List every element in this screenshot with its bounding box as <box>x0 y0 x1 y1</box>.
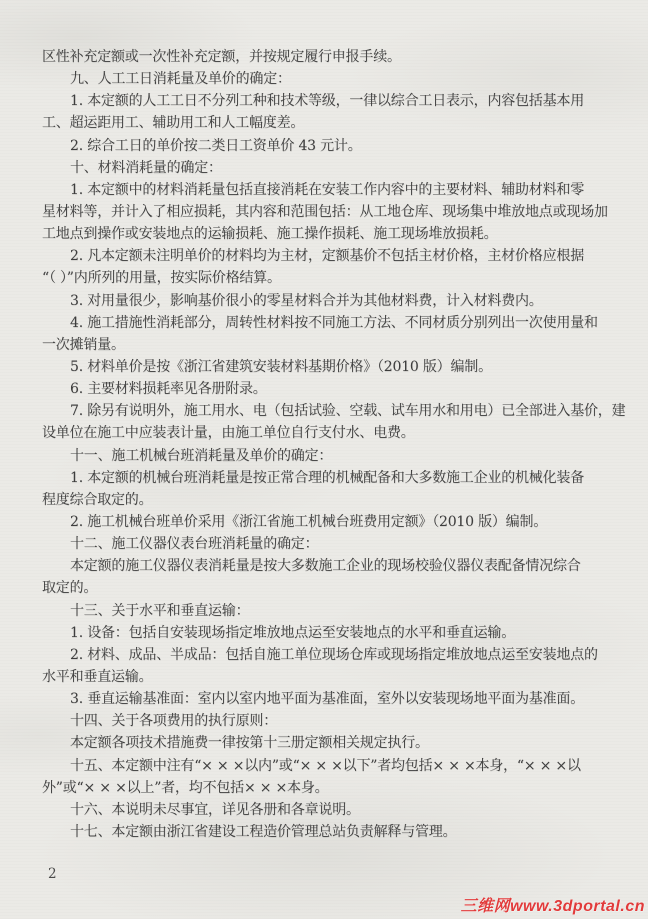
page-number: 2 <box>48 866 57 882</box>
text-line: 2. 综合工日的单价按二类日工资单价 43 元计。 <box>42 135 610 157</box>
text-line: 十三、关于水平和垂直运输： <box>42 600 610 622</box>
text-line: 设单位在施工中应装表计量，由施工单位自行支付水、电费。 <box>42 422 610 444</box>
text-line: 九、人工工日消耗量及单价的确定： <box>42 68 610 90</box>
text-line: “（ ）”内所列的用量，按实际价格结算。 <box>42 267 610 289</box>
text-line: 程度综合取定的。 <box>42 489 610 511</box>
text-line: 2. 施工机械台班单价采用《浙江省施工机械台班费用定额》（2010 版）编制。 <box>42 511 610 533</box>
text-line: 十一、施工机械台班消耗量及单价的确定： <box>42 445 610 467</box>
text-line: 4. 施工措施性消耗部分，周转性材料按不同施工方法、不同材质分别列出一次使用量和 <box>42 312 610 334</box>
text-line: 十、材料消耗量的确定： <box>42 157 610 179</box>
text-line: 水平和垂直运输。 <box>42 666 610 688</box>
text-line: 2. 材料、成品、半成品：包括自施工单位现场仓库或现场指定堆放地点运至安装地点的 <box>42 644 610 666</box>
text-line: 工、超运距用工、辅助用工和人工幅度差。 <box>42 112 610 134</box>
text-line: 7. 除另有说明外，施工用水、电（包括试验、空载、试车用水和用电）已全部进入基价… <box>42 400 610 422</box>
text-line: 十四、关于各项费用的执行原则： <box>42 710 610 732</box>
text-line: 本定额各项技术措施费一律按第十三册定额相关规定执行。 <box>42 732 610 754</box>
text-line: 外”或“× × ×以上”者，均不包括× × ×本身。 <box>42 777 610 799</box>
text-line: 十二、施工仪器仪表台班消耗量的确定： <box>42 533 610 555</box>
text-line: 星材料等，并计入了相应损耗，其内容和范围包括：从工地仓库、现场集中堆放地点或现场… <box>42 201 610 223</box>
text-line: 本定额的施工仪器仪表消耗量是按大多数施工企业的现场校验仪器仪表配备情况综合 <box>42 555 610 577</box>
text-line: 2. 凡本定额未注明单价的材料均为主材，定额基价不包括主材价格，主材价格应根据 <box>42 245 610 267</box>
text-line: 3. 对用量很少，影响基价很小的零星材料合并为其他材料费，计入材料费内。 <box>42 290 610 312</box>
text-line: 5. 材料单价是按《浙江省建筑安装材料基期价格》（2010 版）编制。 <box>42 356 610 378</box>
text-line: 工地点到操作或安装地点的运输损耗、施工操作损耗、施工现场堆放损耗。 <box>42 223 610 245</box>
text-line: 区性补充定额或一次性补充定额，并按规定履行申报手续。 <box>42 46 610 68</box>
text-line: 十七、本定额由浙江省建设工程造价管理总站负责解释与管理。 <box>42 821 610 843</box>
watermark: 三维网www.3dportal.cn <box>461 893 645 916</box>
text-line: 1. 本定额的机械台班消耗量是按正常合理的机械配备和大多数施工企业的机械化装备 <box>42 467 610 489</box>
text-line: 3. 垂直运输基准面：室内以室内地平面为基准面，室外以安装现场地平面为基准面。 <box>42 688 610 710</box>
body-text: 区性补充定额或一次性补充定额，并按规定履行申报手续。九、人工工日消耗量及单价的确… <box>42 46 610 843</box>
text-line: 取定的。 <box>42 577 610 599</box>
text-line: 十六、本说明未尽事宜，详见各册和各章说明。 <box>42 799 610 821</box>
text-line: 十五、本定额中注有“× × ×以内”或“× × ×以下”者均包括× × ×本身，… <box>42 755 610 777</box>
text-line: 1. 本定额的人工工日不分列工种和技术等级，一律以综合工日表示，内容包括基本用 <box>42 90 610 112</box>
text-line: 6. 主要材料损耗率见各册附录。 <box>42 378 610 400</box>
text-line: 1. 本定额中的材料消耗量包括直接消耗在安装工作内容中的主要材料、辅助材料和零 <box>42 179 610 201</box>
document-page: 区性补充定额或一次性补充定额，并按规定履行申报手续。九、人工工日消耗量及单价的确… <box>0 0 648 919</box>
text-line: 1. 设备：包括自安装现场指定堆放地点运至安装地点的水平和垂直运输。 <box>42 622 610 644</box>
text-line: 一次摊销量。 <box>42 334 610 356</box>
